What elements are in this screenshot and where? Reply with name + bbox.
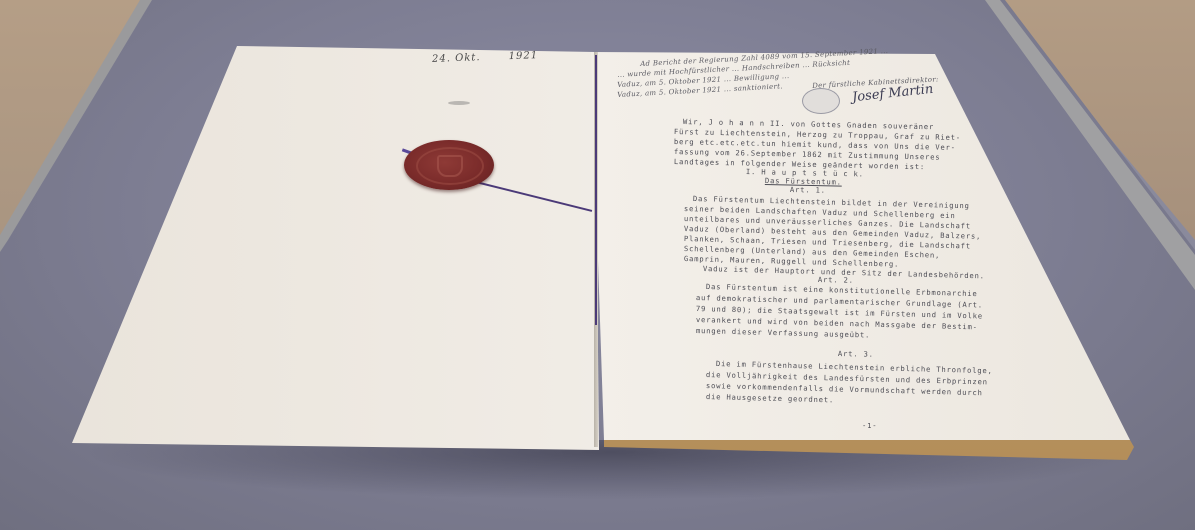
article-2-title: Art. 2. (818, 275, 854, 285)
page-number: -1- (862, 421, 877, 430)
left-note-year: 1921 (509, 50, 539, 62)
paper-smudge (448, 101, 470, 105)
wax-seal-icon (404, 140, 494, 190)
binding-thread (595, 55, 597, 325)
article-1-title: Art. 1. (790, 185, 826, 195)
official-stamp-icon (802, 88, 840, 114)
article-3-title: Art. 3. (838, 349, 874, 359)
left-note-text: 24. Okt. (432, 52, 481, 65)
seal-crest-icon (437, 155, 463, 177)
